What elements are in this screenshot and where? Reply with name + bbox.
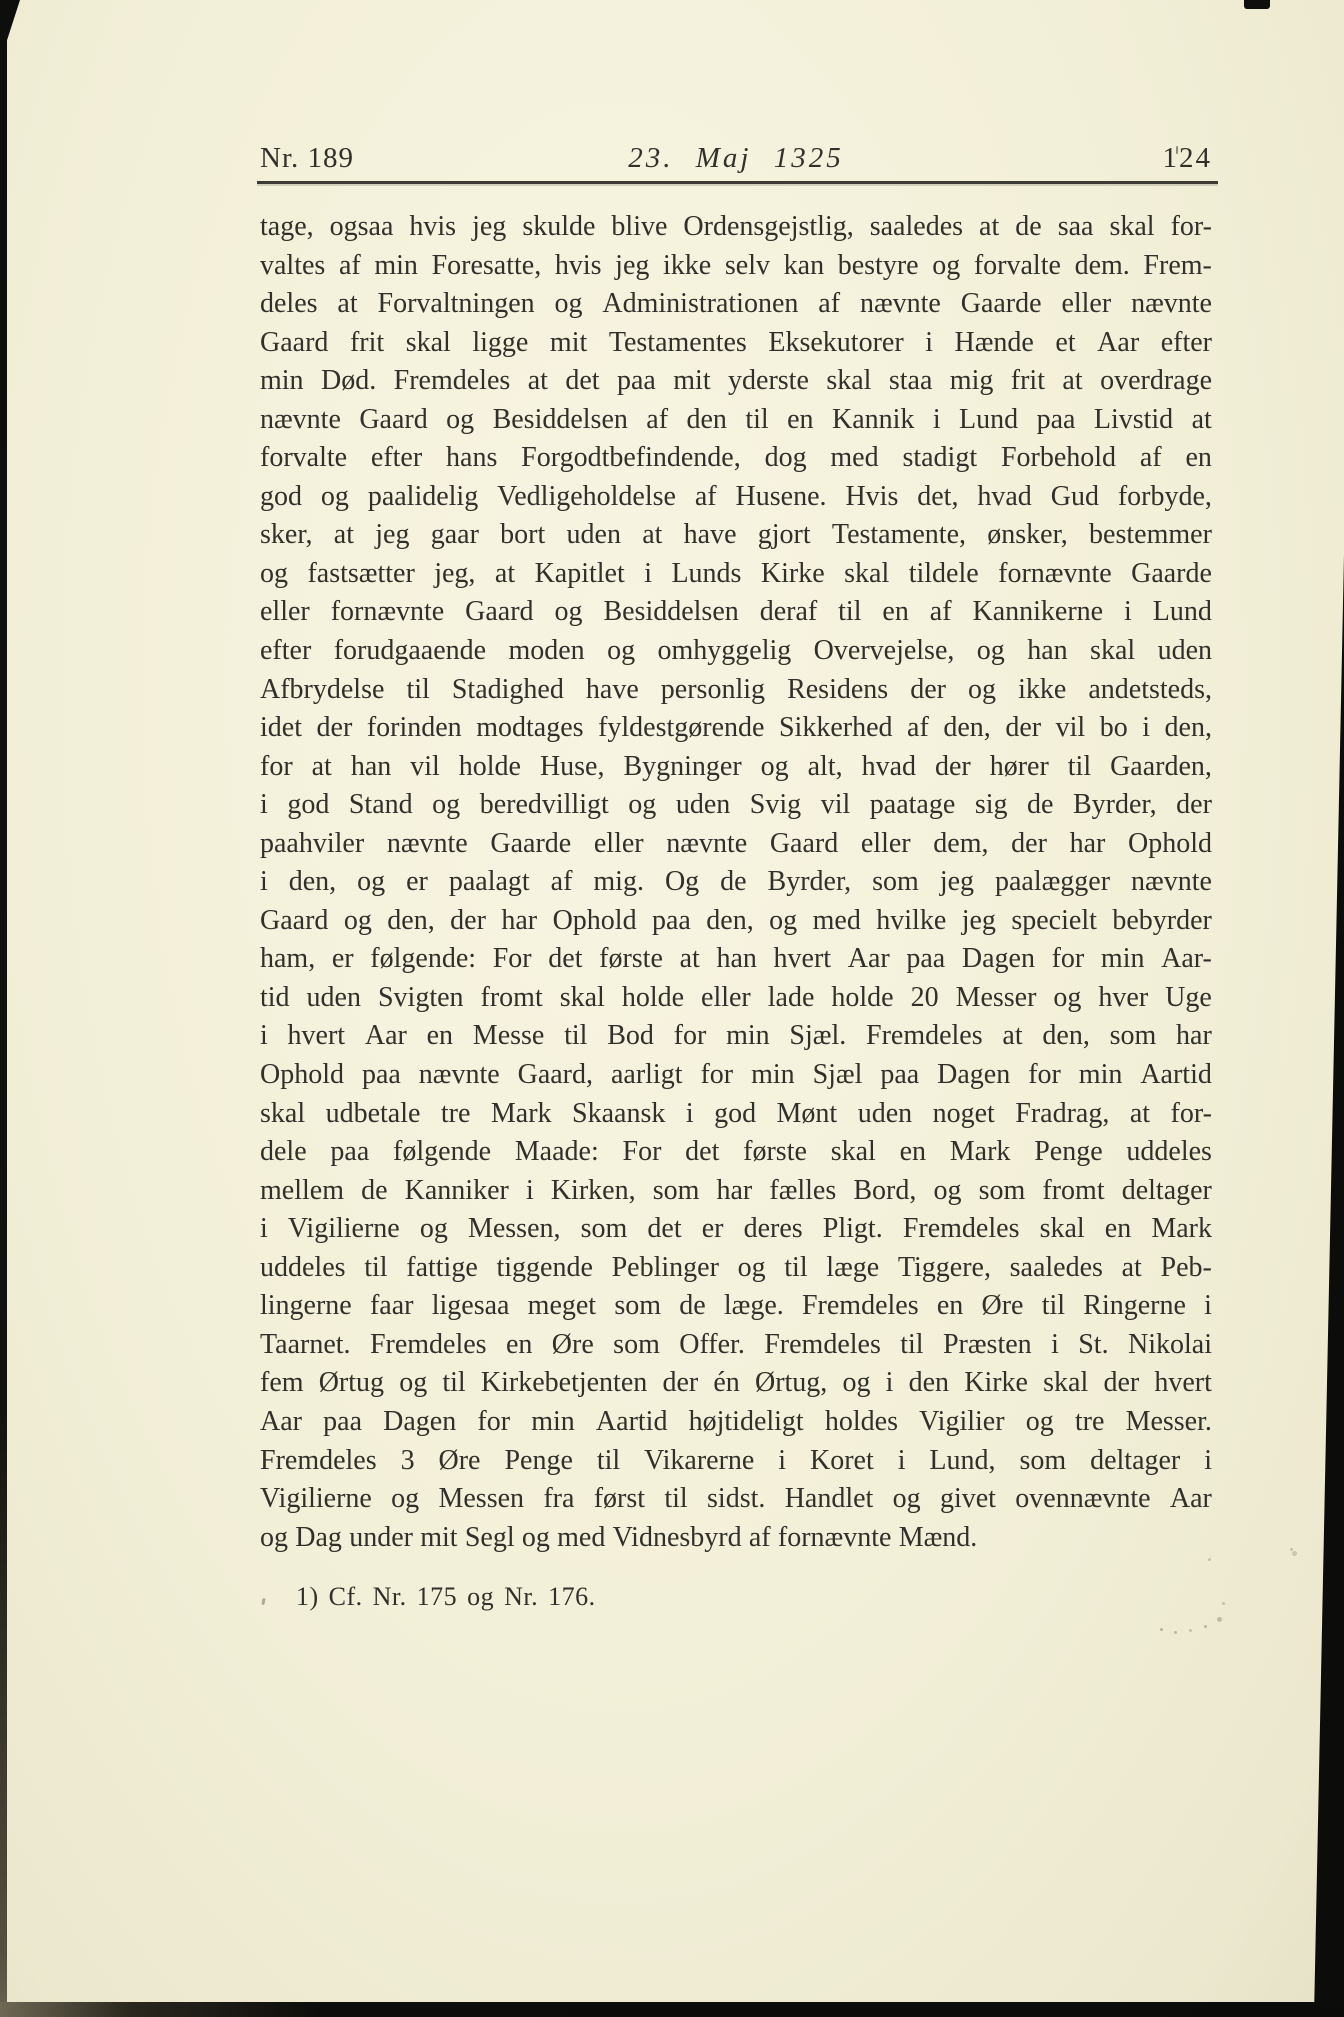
page-number: 124 — [1163, 142, 1213, 175]
text-line: Taarnet.FremdelesenØresomOffer.Fremdeles… — [260, 1329, 1212, 1368]
text-line: ogDagundermitSeglogmedVidnesbyrdaffornæv… — [260, 1522, 1212, 1561]
text-line: VigilierneogMessenfraførsttilsidst.Handl… — [260, 1483, 1212, 1522]
scan-speck-comma — [261, 1598, 265, 1605]
scan-corner-top-left — [0, 0, 20, 62]
text-line: forathanvilholdeHuse,Bygningerogalt,hvad… — [260, 751, 1212, 790]
scan-edge-left — [0, 0, 7, 2017]
scan-edge-right — [1314, 555, 1344, 2017]
scan-speck-apostrophe — [1176, 146, 1178, 154]
text-line: idetderforindenmodtagesfyldestgørendeSik… — [260, 712, 1212, 751]
text-line: ellerfornævnteGaardogBesiddelsenderaftil… — [260, 596, 1212, 635]
text-line: Gaardogden,derharOpholdpaaden,ogmedhvilk… — [260, 905, 1212, 944]
scan-edge-bottom — [0, 2002, 1344, 2017]
text-line: sker,atjeggaarbortudenathavegjortTestame… — [260, 519, 1212, 558]
text-line: uddelestilfattigetiggendePeblingerogtill… — [260, 1252, 1212, 1291]
text-line: iden,ogerpaalagtafmig.OgdeByrder,somjegp… — [260, 866, 1212, 905]
text-line: nævnteGaardogBesiddelsenafdentilenKannik… — [260, 404, 1212, 443]
text-line: delepaafølgendeMaade:FordetførsteskalenM… — [260, 1136, 1212, 1175]
text-line: lingernefaarligesaamegetsomdelæge.Fremde… — [260, 1290, 1212, 1329]
header-rule — [257, 181, 1218, 184]
text-line: minDød.Fremdelesatdetpaamitydersteskalst… — [260, 365, 1212, 404]
text-line: forvalteefterhansForgodtbefindende,dogme… — [260, 442, 1212, 481]
text-line: femØrtugogtilKirkebetjentenderénØrtug,og… — [260, 1367, 1212, 1406]
scan-mark-top-right — [1244, 0, 1270, 9]
text-line: skaludbetaletreMarkSkaanskigodMøntudenno… — [260, 1098, 1212, 1137]
document-number: Nr. 189 — [260, 142, 354, 175]
text-line: tage,ogsaahvisjegskuldebliveOrdensgejstl… — [260, 211, 1212, 250]
text-line: AfbrydelsetilStadighedhavepersonligResid… — [260, 674, 1212, 713]
scanned-book-page: Nr. 189 23. Maj 1325 124 tage,ogsaahvisj… — [0, 0, 1344, 2017]
text-line: ihvertAarenMessetilBodforminSjæl.Fremdel… — [260, 1020, 1212, 1059]
text-line: mellemdeKannikeriKirken,somharfællesBord… — [260, 1175, 1212, 1214]
page-header: Nr. 189 23. Maj 1325 124 — [260, 142, 1212, 175]
text-line: delesatForvaltningenogAdministrationenaf… — [260, 288, 1212, 327]
text-line: OpholdpaanævnteGaard,aarligtforminSjælpa… — [260, 1059, 1212, 1098]
text-line: tidudenSvigtenfromtskalholdeellerladehol… — [260, 982, 1212, 1021]
text-line: ogfastsætterjeg,atKapitletiLundsKirkeska… — [260, 558, 1212, 597]
text-line: ham,erfølgende:FordetførsteathanhvertAar… — [260, 943, 1212, 982]
text-line: AarpaaDagenforminAartidhøjtideligtholdes… — [260, 1406, 1212, 1445]
text-line: efterforudgaaendemodenogomhyggeligOverve… — [260, 635, 1212, 674]
text-line: GaardfritskalliggemitTestamentesEksekuto… — [260, 327, 1212, 366]
text-line: valtesafminForesatte,hvisjegikkeselvkanb… — [260, 250, 1212, 289]
text-line: Fremdeles3ØrePengetilVikarerneiKoretiLun… — [260, 1445, 1212, 1484]
text-line: igodStandogberedvilligtogudenSvigvilpaat… — [260, 789, 1212, 828]
text-line: paahvilernævnteGaardeellernævnteGaardell… — [260, 828, 1212, 867]
text-line: iVigilierneogMessen,somdeterderesPligt.F… — [260, 1213, 1212, 1252]
body-text: tage,ogsaahvisjegskuldebliveOrdensgejstl… — [260, 211, 1212, 1560]
date-heading: 23. Maj 1325 — [628, 142, 843, 175]
footnote: 1) Cf. Nr. 175 og Nr. 176. — [296, 1582, 596, 1612]
text-line: godogpaalideligVedligeholdelseafHusene.H… — [260, 481, 1212, 520]
scan-specks — [1160, 1628, 1163, 1631]
